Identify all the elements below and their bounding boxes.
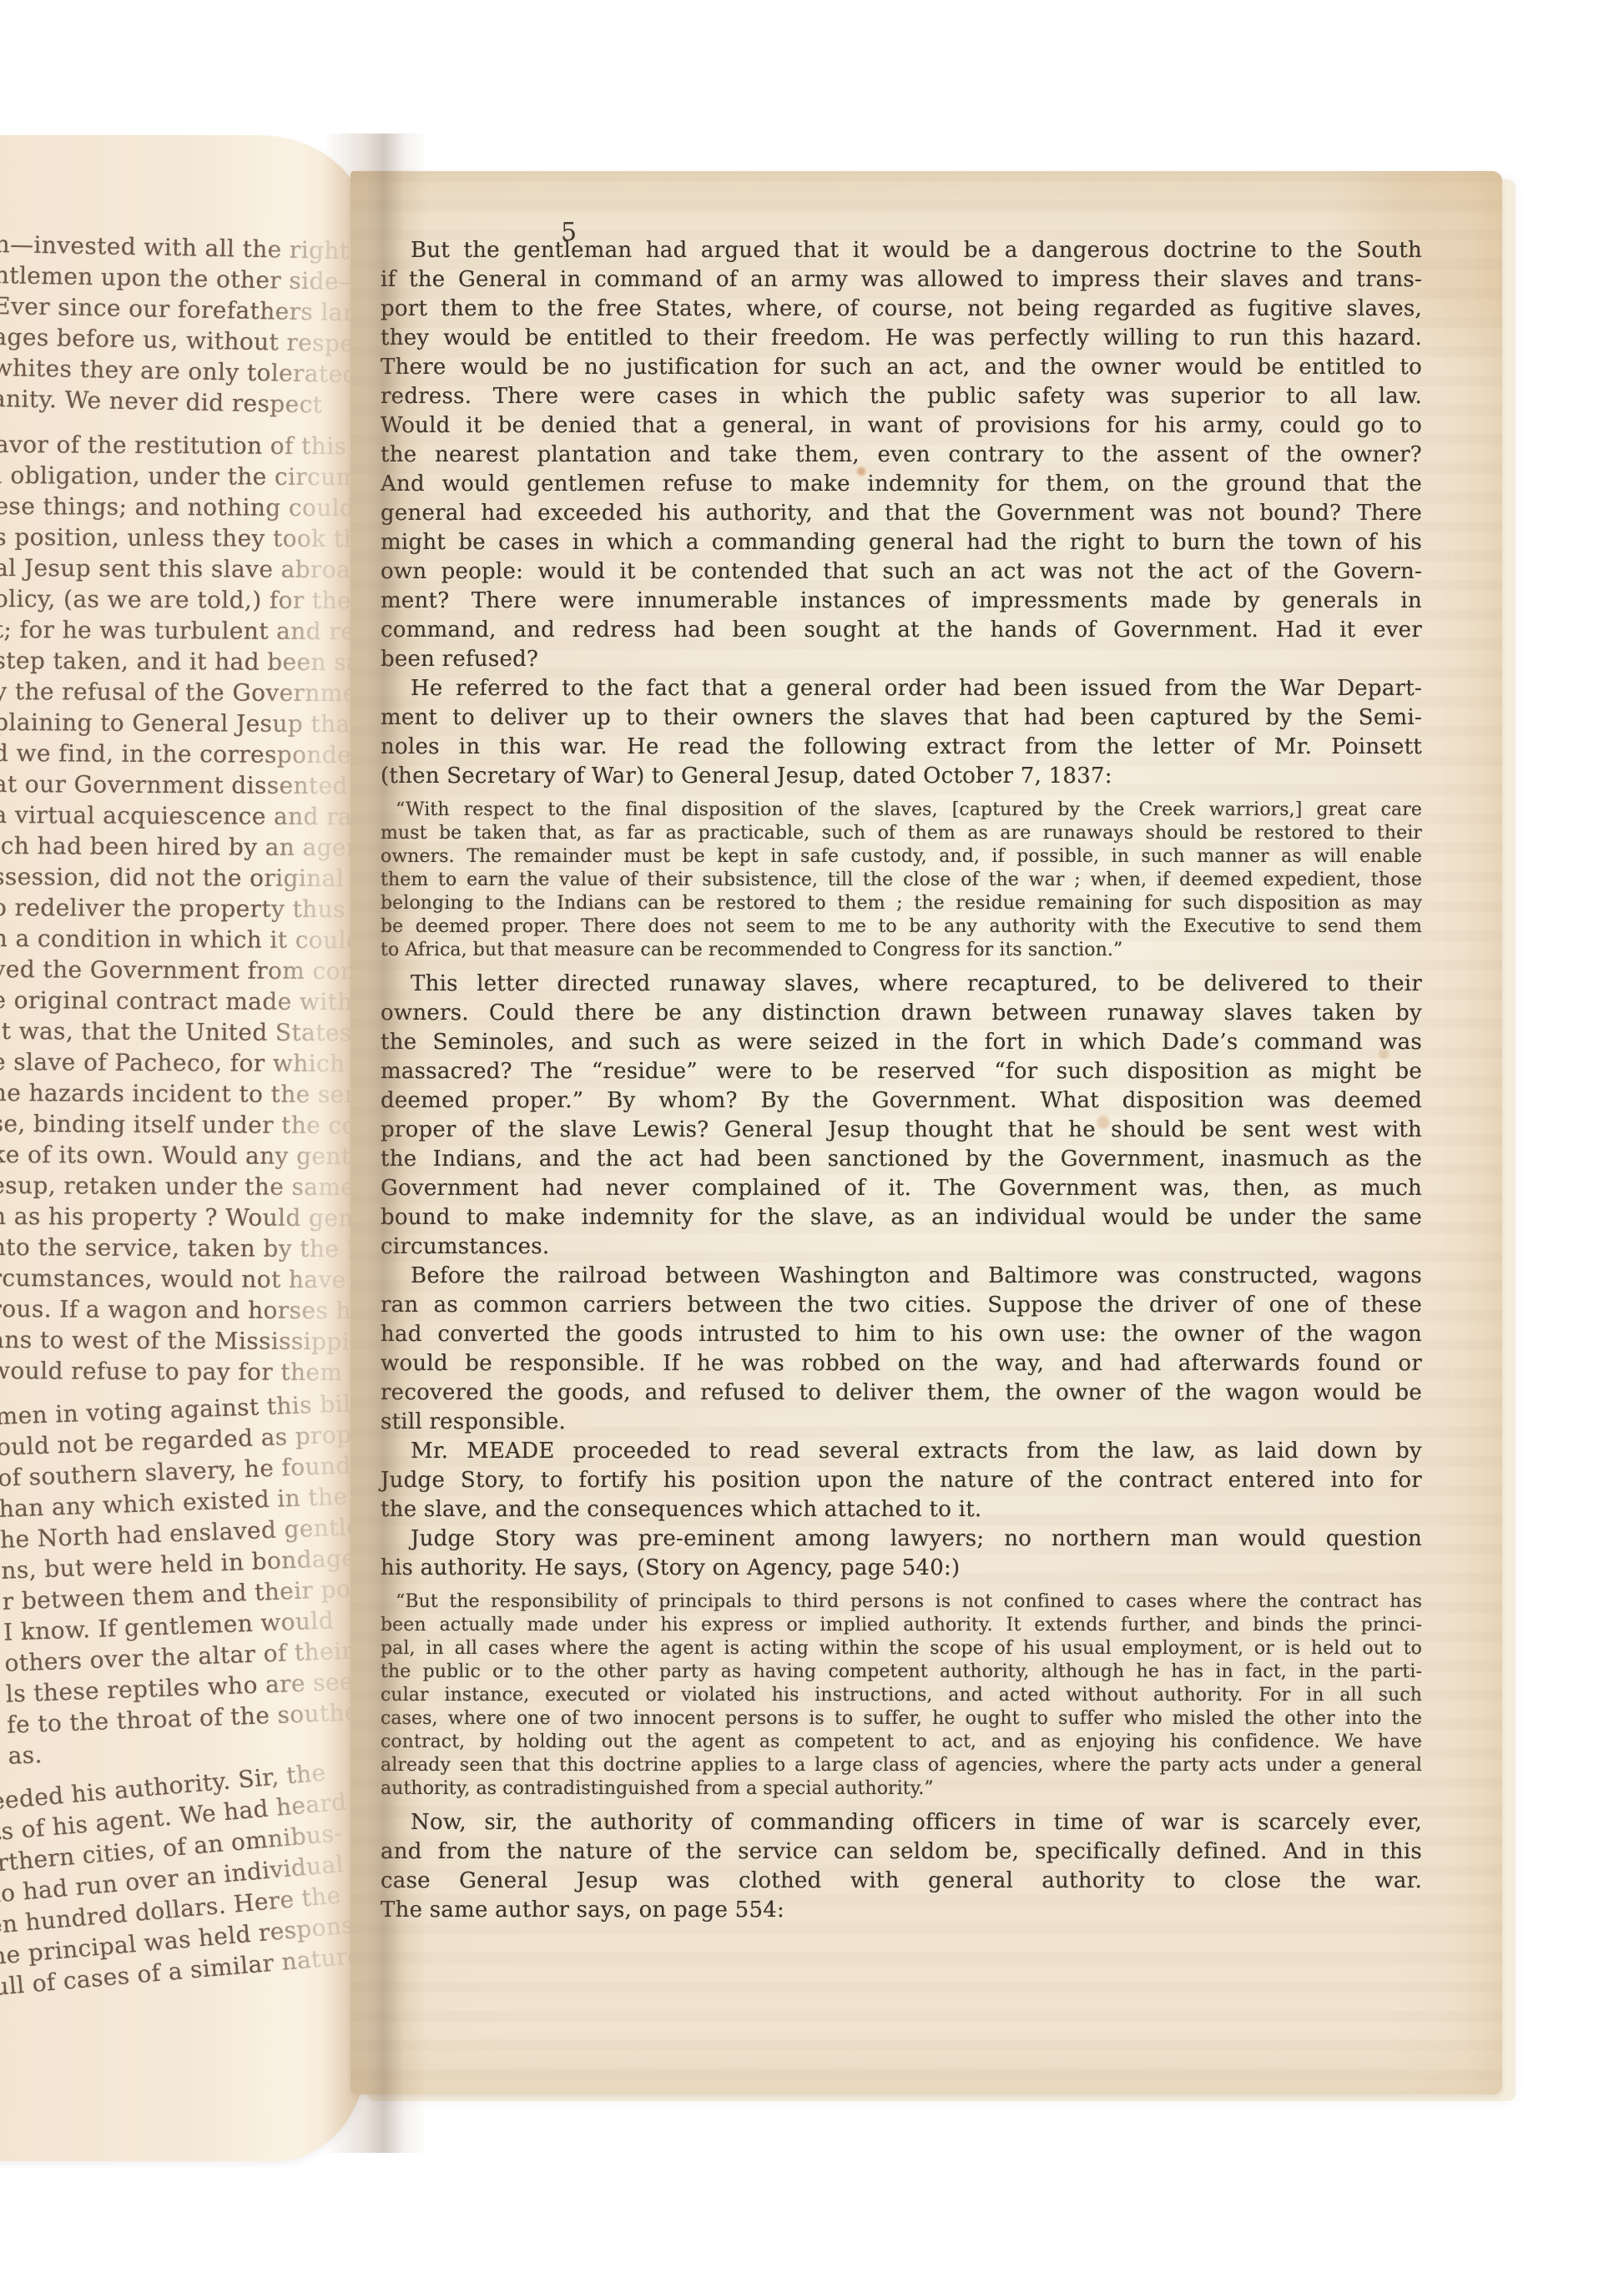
paragraph: n—invested with all the rightsntlemen up… xyxy=(0,229,367,421)
text-line: massacred? The “residue” were to be rese… xyxy=(381,1057,1422,1086)
paragraph: Before the railroad between Washington a… xyxy=(381,1262,1422,1437)
text-line: d we find, in the correspondence xyxy=(0,738,366,770)
right-page: 5 But the gentleman had argued that it w… xyxy=(351,171,1502,2094)
text-line: contract, by holding out the agent as co… xyxy=(381,1731,1422,1754)
text-line: o redeliver the property thus re xyxy=(0,892,365,925)
text-line: Judge Story was pre-eminent among lawyer… xyxy=(381,1525,1422,1554)
text-line: Judge Story, to fortify his position upo… xyxy=(381,1466,1422,1495)
text-line: a virtual acquiescence and ratif xyxy=(0,799,366,832)
text-line: step taken, and it had been sanc xyxy=(0,645,366,678)
paragraph: He referred to the fact that a general o… xyxy=(381,674,1422,791)
left-page: n—invested with all the rightsntlemen up… xyxy=(0,135,367,2161)
text-line: and from the nature of the service can s… xyxy=(381,1837,1422,1867)
text-line: circumstances. xyxy=(381,1232,1422,1262)
paragraph: Judge Story was pre-eminent among lawyer… xyxy=(381,1525,1422,1583)
text-line: would be responsible. If he was robbed o… xyxy=(381,1349,1422,1378)
text-line: cases, where one of two innocent persons… xyxy=(381,1707,1422,1731)
text-line: ssession, did not the original c xyxy=(0,861,365,894)
text-line: belonging to the Indians can be restored… xyxy=(381,892,1422,915)
text-line: n a condition in which it could xyxy=(0,923,365,955)
paragraph: This letter directed runaway slaves, whe… xyxy=(381,970,1422,1262)
text-line: would refuse to pay for them xyxy=(0,1355,362,1388)
text-line: rous. If a wagon and horses ha xyxy=(0,1293,363,1326)
text-line: ke of its own. Would any gent xyxy=(0,1139,364,1172)
text-line: the Seminoles, and such as were seized i… xyxy=(381,1028,1422,1057)
text-line: redress. There were cases in which the p… xyxy=(381,382,1422,411)
text-line: l obligation, under the circumst xyxy=(0,460,367,492)
text-line: the public or to the other party as havi… xyxy=(381,1661,1422,1684)
text-line: e original contract made with P xyxy=(0,985,365,1017)
text-line: t; for he was turbulent and rebe xyxy=(0,614,366,647)
paragraph: avor of the restitution of this sll obli… xyxy=(0,429,367,1388)
text-line: authority, as contradistinguished from a… xyxy=(381,1777,1422,1801)
text-line: e slave of Pacheco, for which P xyxy=(0,1046,364,1079)
text-line: deemed proper.” By whom? By the Governme… xyxy=(381,1086,1422,1116)
text-line: pal, in all cases where the agent is act… xyxy=(381,1637,1422,1661)
text-line: at our Government dissented fro xyxy=(0,769,366,801)
text-line: the slave, and the consequences which at… xyxy=(381,1495,1422,1525)
right-page-text: But the gentleman had argued that it wou… xyxy=(381,236,1422,1925)
text-line: ment to deliver up to their owners the s… xyxy=(381,703,1422,733)
text-line: al Jesup sent this slave abroad xyxy=(0,552,366,585)
text-line: se, binding itself under the cont xyxy=(0,1108,364,1141)
text-line: anity. We never did respect xyxy=(0,383,364,421)
text-line: y the refusal of the Governmen xyxy=(0,676,366,708)
text-line: n as his property ? Would gent xyxy=(0,1201,363,1233)
text-line: He referred to the fact that a general o… xyxy=(381,674,1422,703)
text-line: bound to make indemnity for the slave, a… xyxy=(381,1203,1422,1232)
text-line: esup, retaken under the same ci xyxy=(0,1170,363,1202)
text-line: Before the railroad between Washington a… xyxy=(381,1262,1422,1291)
quoted-extract: “But the responsibility of principals to… xyxy=(381,1590,1422,1801)
text-line: be deemed proper. There does not seem to… xyxy=(381,915,1422,939)
paragraph: Now, sir, the authority of commanding of… xyxy=(381,1808,1422,1925)
text-line: already seen that this doctrine applies … xyxy=(381,1754,1422,1777)
text-line: owners. Could there be any distinction d… xyxy=(381,999,1422,1028)
text-line: ran as common carriers between the two c… xyxy=(381,1291,1422,1320)
text-line: them to earn the value of their subsiste… xyxy=(381,869,1422,892)
text-line: own people: would it be contended that s… xyxy=(381,557,1422,587)
paragraph: ceeded his authority. Sir, therts of his… xyxy=(0,1755,366,2003)
text-line: general had exceeded his authority, and … xyxy=(381,499,1422,528)
text-line: plaining to General Jesup that xyxy=(0,707,366,739)
text-line: still responsible. xyxy=(381,1408,1422,1437)
paragraph: But the gentleman had argued that it wou… xyxy=(381,236,1422,674)
text-line: Now, sir, the authority of commanding of… xyxy=(381,1808,1422,1837)
text-line: “But the responsibility of principals to… xyxy=(381,1590,1422,1614)
text-line: s position, unless they took the xyxy=(0,522,366,554)
text-line: olicy, (as we are told,) for the p xyxy=(0,583,366,616)
text-line: And would gentlemen refuse to make indem… xyxy=(381,470,1422,499)
text-line: It was, that the United States xyxy=(0,1016,364,1048)
text-line: There would be no justification for such… xyxy=(381,353,1422,382)
text-line: the nearest plantation and take them, ev… xyxy=(381,441,1422,470)
text-line: owners. The remainder must be kept in sa… xyxy=(381,845,1422,869)
paragraph: Mr. MEADE proceeded to read several extr… xyxy=(381,1437,1422,1525)
text-line: (then Secretary of War) to General Jesup… xyxy=(381,762,1422,791)
text-line: to Africa, but that measure can be recom… xyxy=(381,939,1422,962)
text-line: he hazards incident to the servi xyxy=(0,1077,364,1110)
paragraph: men in voting against this bill would no… xyxy=(0,1388,367,1772)
text-line: the Indians, and the act had been sancti… xyxy=(381,1145,1422,1174)
text-line: ese things; and nothing could xyxy=(0,491,367,523)
text-line: Government had never complained of it. T… xyxy=(381,1174,1422,1203)
text-line: Would it be denied that a general, in wa… xyxy=(381,411,1422,441)
text-line: “With respect to the final disposition o… xyxy=(381,799,1422,822)
text-line: might be cases in which a commanding gen… xyxy=(381,528,1422,557)
text-line: if the General in command of an army was… xyxy=(381,265,1422,295)
text-line: his authority. He says, (Story on Agency… xyxy=(381,1554,1422,1583)
text-line: must be taken that, as far as practicabl… xyxy=(381,822,1422,845)
text-line: case General Jesup was clothed with gene… xyxy=(381,1867,1422,1896)
quoted-extract: “With respect to the final disposition o… xyxy=(381,799,1422,962)
text-line: cular instance, executed or violated his… xyxy=(381,1684,1422,1707)
text-line: had converted the goods intrusted to him… xyxy=(381,1320,1422,1349)
text-line: recovered the goods, and refused to deli… xyxy=(381,1378,1422,1408)
text-line: been refused? xyxy=(381,645,1422,674)
text-line: ved the Government from comp xyxy=(0,954,365,986)
text-line: noles in this war. He read the following… xyxy=(381,733,1422,762)
text-line: proper of the slave Lewis? General Jesup… xyxy=(381,1116,1422,1145)
text-line: The same author says, on page 554: xyxy=(381,1896,1422,1925)
text-line: they would be entitled to their freedom.… xyxy=(381,324,1422,353)
text-line: port them to the free States, where, of … xyxy=(381,295,1422,324)
text-line: ich had been hired by an agent xyxy=(0,830,365,863)
text-line: But the gentleman had argued that it wou… xyxy=(381,236,1422,265)
text-line: command, and redress had been sought at … xyxy=(381,616,1422,645)
text-line: been actually made under his express or … xyxy=(381,1614,1422,1637)
text-line: This letter directed runaway slaves, whe… xyxy=(381,970,1422,999)
text-line: Mr. MEADE proceeded to read several extr… xyxy=(381,1437,1422,1466)
text-line: ment? There were innumerable instances o… xyxy=(381,587,1422,616)
text-line: avor of the restitution of this sl xyxy=(0,429,367,461)
book-photograph: n—invested with all the rightsntlemen up… xyxy=(0,0,1624,2273)
text-line: nto the service, taken by the In xyxy=(0,1232,363,1264)
left-page-text: n—invested with all the rightsntlemen up… xyxy=(0,229,367,2098)
text-line: rcumstances, would not have be xyxy=(0,1262,363,1295)
text-line: ans to west of the Mississippi, xyxy=(0,1324,362,1357)
